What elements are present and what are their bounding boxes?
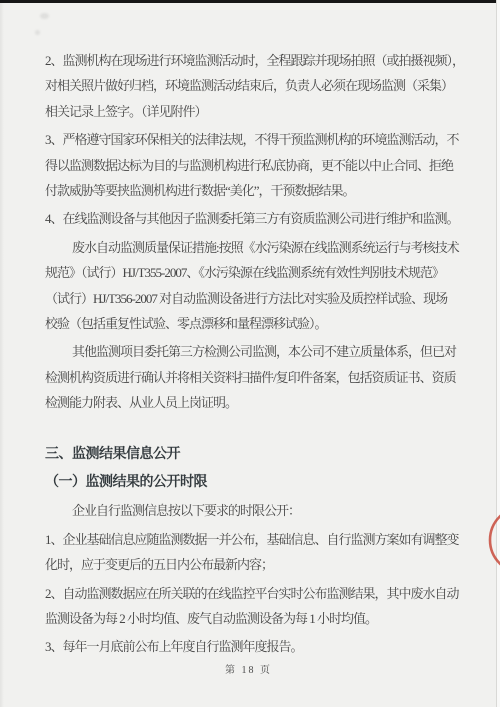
text-line: 得以监测数据达标为目的与监测机构进行私底协商，更不能以中止合同、拒绝 [45, 153, 470, 178]
scanner-edge-strip [0, 0, 500, 3]
text-line: 三、监测结果信息公开 [45, 440, 470, 467]
text-line: 检测机构资质进行确认并将相关资料扫描件/复印件备案，包括资质证书、资质 [45, 365, 470, 390]
text-line: 废水自动监测质量保证措施:按照《水污染源在线监测系统运行与考核技术 [45, 235, 470, 260]
text-line: 检测能力附表、从业人员上岗证明。 [45, 390, 470, 415]
paragraph: 废水自动监测质量保证措施:按照《水污染源在线监测系统运行与考核技术规范》（试行）… [45, 235, 470, 337]
text-line: 企业自行监测信息按以下要求的时限公开： [45, 498, 470, 523]
text-line: 对相关照片做好归档，环境监测活动结束后，负责人必须在现场监测（采集） [45, 73, 470, 98]
paragraph: 2、自动监测数据应在所关联的在线监控平台实时公布监测结果，其中废水自动监测设备为… [45, 581, 470, 632]
paragraph: 3、严格遵守国家环保相关的法律法规，不得干预监测机构的环境监测活动，不得以监测数… [45, 127, 470, 203]
section-heading: 三、监测结果信息公开 [45, 440, 470, 467]
document-body: 2、监测机构在现场进行环境监测活动时，全程跟踪并现场拍照（或拍摄视频），对相关照… [45, 48, 470, 660]
text-line: 校验（包括重复性试验、零点漂移和量程漂移试验）。 [45, 311, 470, 336]
text-line: 1、企业基础信息应随监测数据一并公布，基础信息、自行监测方案如有调整变 [45, 527, 470, 552]
section-heading: （一）监测结果的公开时限 [45, 468, 470, 495]
paragraph: 4、在线监测设备与其他因子监测委托第三方有资质监测公司进行维护和监测。 [45, 206, 470, 231]
text-line: 其他监测项目委托第三方检测公司监测，本公司不建立质量体系，但已对 [45, 339, 470, 364]
text-line: 3、严格遵守国家环保相关的法律法规，不得干预监测机构的环境监测活动，不 [45, 127, 470, 152]
text-line: 4、在线监测设备与其他因子监测委托第三方有资质监测公司进行维护和监测。 [45, 206, 470, 231]
page-number: 第 18 页 [0, 661, 497, 676]
text-line: 化时，应于变更后的五日内公布最新内容； [45, 552, 470, 577]
text-line: 3、每年一月底前公布上年度自行监测年度报告。 [45, 634, 470, 659]
pencil-smudge [40, 13, 49, 19]
paragraph: 企业自行监测信息按以下要求的时限公开： [45, 498, 470, 523]
paper-right-edge [496, 0, 500, 707]
paragraph: 3、每年一月底前公布上年度自行监测年度报告。 [45, 634, 470, 659]
text-line: 2、自动监测数据应在所关联的在线监控平台实时公布监测结果，其中废水自动 [45, 581, 470, 606]
text-line: 相关记录上签字。（详见附件） [45, 99, 470, 124]
scanned-document-page: 2、监测机构在现场进行环境监测活动时，全程跟踪并现场拍照（或拍摄视频），对相关照… [0, 0, 500, 707]
text-line: 付款威胁等要挟监测机构进行数据“美化”，干预数据结果。 [45, 178, 470, 203]
paragraph: 2、监测机构在现场进行环境监测活动时，全程跟踪并现场拍照（或拍摄视频），对相关照… [45, 48, 470, 124]
pencil-smudge [35, 30, 40, 35]
paragraph: 其他监测项目委托第三方检测公司监测，本公司不建立质量体系，但已对检测机构资质进行… [45, 339, 470, 415]
text-line: （一）监测结果的公开时限 [45, 468, 470, 495]
paragraph: 1、企业基础信息应随监测数据一并公布，基础信息、自行监测方案如有调整变化时，应于… [45, 527, 470, 578]
red-stamp-arc-icon [478, 505, 500, 575]
text-line: 监测设备为每 2 小时均值、废气自动监测设备为每 1 小时均值。 [45, 606, 470, 631]
text-line: 规范》（试行）HJ/T355-2007、《水污染源在线监测系统有效性判别技术规范… [45, 260, 470, 285]
text-line: 2、监测机构在现场进行环境监测活动时，全程跟踪并现场拍照（或拍摄视频）， [45, 48, 470, 73]
text-line: （试行）HJ/T356-2007 对自动监测设备进行方法比对实验及质控样试验、现… [45, 286, 470, 311]
